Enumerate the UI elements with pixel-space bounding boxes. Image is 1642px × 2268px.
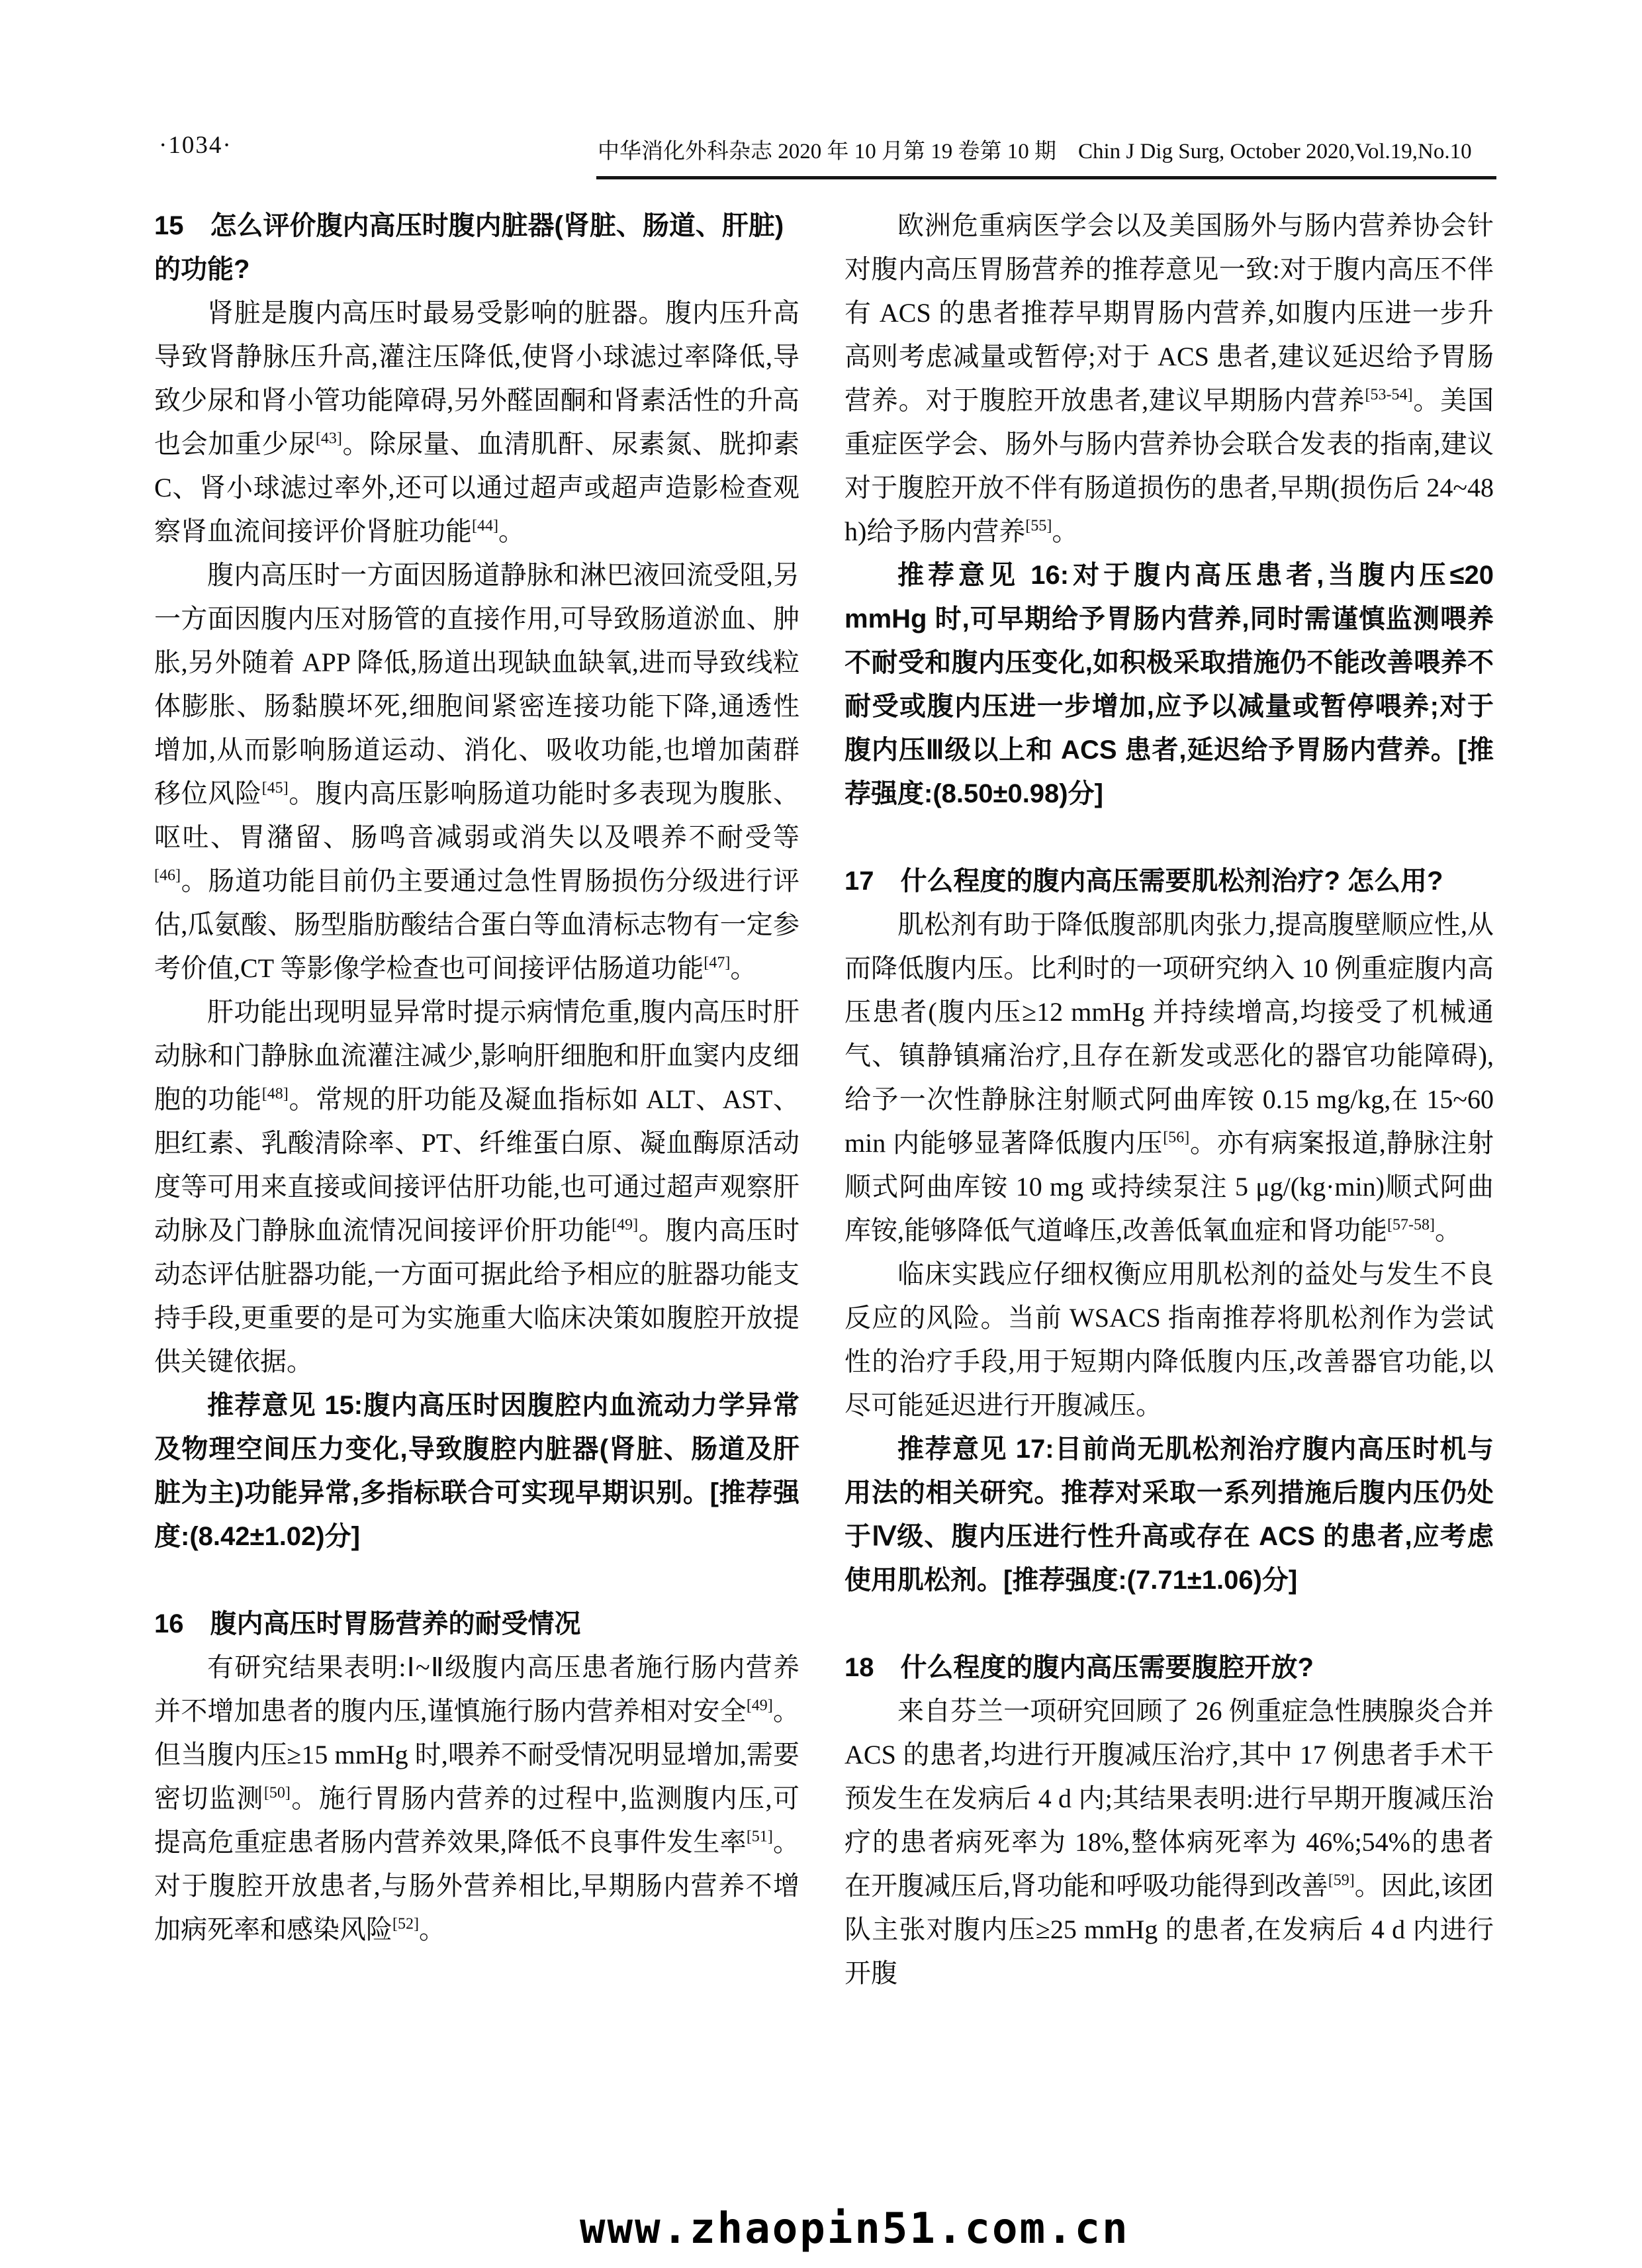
body-paragraph: 临床实践应仔细权衡应用肌松剂的益处与发生不良反应的风险。当前 WSACS 指南推… (844, 1252, 1494, 1427)
reference-marker: [45] (262, 780, 289, 797)
reference-marker: [49] (612, 1217, 638, 1234)
recommendation-paragraph: 推荐意见 17:目前尚无肌松剂治疗腹内高压时机与用法的相关研究。推荐对采取一系列… (844, 1427, 1494, 1602)
reference-marker: [44] (472, 518, 498, 535)
reference-marker: [51] (747, 1828, 773, 1846)
section-title: 怎么评价腹内高压时腹内脏器(肾脏、肠道、肝脏)的功能? (154, 211, 784, 284)
body-paragraph: 来自芬兰一项研究回顾了 26 例重症急性胰腺炎合并 ACS 的患者,均进行开腹减… (844, 1689, 1494, 1995)
reference-marker: [43] (316, 430, 342, 448)
body-paragraph: 肾脏是腹内高压时最易受影响的脏器。腹内压升高导致肾静脉压升高,灌注压降低,使肾小… (154, 291, 799, 553)
right-column: 欧洲危重病医学会以及美国肠外与肠内营养协会针对腹内高压胃肠营养的推荐意见一致:对… (844, 204, 1494, 1995)
journal-page: ·1034· 中华消化外科杂志 2020 年 10 月第 19 卷第 10 期 … (0, 0, 1642, 2268)
reference-marker: [53-54] (1365, 387, 1413, 404)
body-paragraph: 有研究结果表明:Ⅰ~Ⅱ级腹内高压患者施行肠内营养并不增加患者的腹内压,谨慎施行肠… (154, 1646, 799, 1952)
body-paragraph: 欧洲危重病医学会以及美国肠外与肠内营养协会针对腹内高压胃肠营养的推荐意见一致:对… (844, 204, 1494, 553)
header-rule-divider (596, 176, 1496, 179)
section-number: 18 (844, 1653, 874, 1682)
reference-marker: [46] (154, 867, 181, 884)
left-column: 15怎么评价腹内高压时腹内脏器(肾脏、肠道、肝脏)的功能?肾脏是腹内高压时最易受… (154, 204, 799, 1952)
journal-running-head: 中华消化外科杂志 2020 年 10 月第 19 卷第 10 期 Chin J … (598, 134, 1498, 165)
recommendation-paragraph: 推荐意见 15:腹内高压时因腹腔内血流动力学异常及物理空间压力变化,导致腹腔内脏… (154, 1384, 799, 1558)
reference-marker: [50] (264, 1785, 291, 1802)
section-number: 15 (154, 211, 184, 240)
section-number: 17 (844, 867, 874, 896)
watermark-url: www.zhaopin51.com.cn (580, 2204, 1130, 2253)
reference-marker: [49] (747, 1697, 773, 1715)
reference-marker: [59] (1328, 1872, 1355, 1889)
section-heading: 15怎么评价腹内高压时腹内脏器(肾脏、肠道、肝脏)的功能? (154, 204, 799, 291)
section-heading: 18什么程度的腹内高压需要腹腔开放? (844, 1646, 1494, 1689)
reference-marker: [56] (1163, 1129, 1189, 1147)
section-number: 16 (154, 1609, 184, 1638)
body-paragraph: 肌松剂有助于降低腹部肌肉张力,提高腹壁顺应性,从而降低腹内压。比利时的一项研究纳… (844, 903, 1494, 1252)
reference-marker: [48] (262, 1086, 289, 1103)
section-heading: 17什么程度的腹内高压需要肌松剂治疗? 怎么用? (844, 859, 1494, 903)
reference-marker: [47] (704, 955, 730, 972)
section-heading: 16腹内高压时胃肠营养的耐受情况 (154, 1602, 799, 1646)
body-paragraph: 肝功能出现明显异常时提示病情危重,腹内高压时肝动脉和门静脉血流灌注减少,影响肝细… (154, 990, 799, 1384)
body-paragraph: 腹内高压时一方面因肠道静脉和淋巴液回流受阻,另一方面因腹内压对肠管的直接作用,可… (154, 553, 799, 990)
reference-marker: [55] (1025, 518, 1052, 535)
section-title: 什么程度的腹内高压需要肌松剂治疗? 怎么用? (901, 867, 1443, 896)
page-number: ·1034· (159, 131, 232, 160)
section-title: 腹内高压时胃肠营养的耐受情况 (210, 1609, 581, 1638)
section-title: 什么程度的腹内高压需要腹腔开放? (901, 1653, 1314, 1682)
reference-marker: [52] (392, 1916, 419, 1933)
reference-marker: [57-58] (1387, 1217, 1435, 1234)
recommendation-paragraph: 推荐意见 16:对于腹内高压患者,当腹内压≤20 mmHg 时,可早期给予胃肠内… (844, 553, 1494, 816)
